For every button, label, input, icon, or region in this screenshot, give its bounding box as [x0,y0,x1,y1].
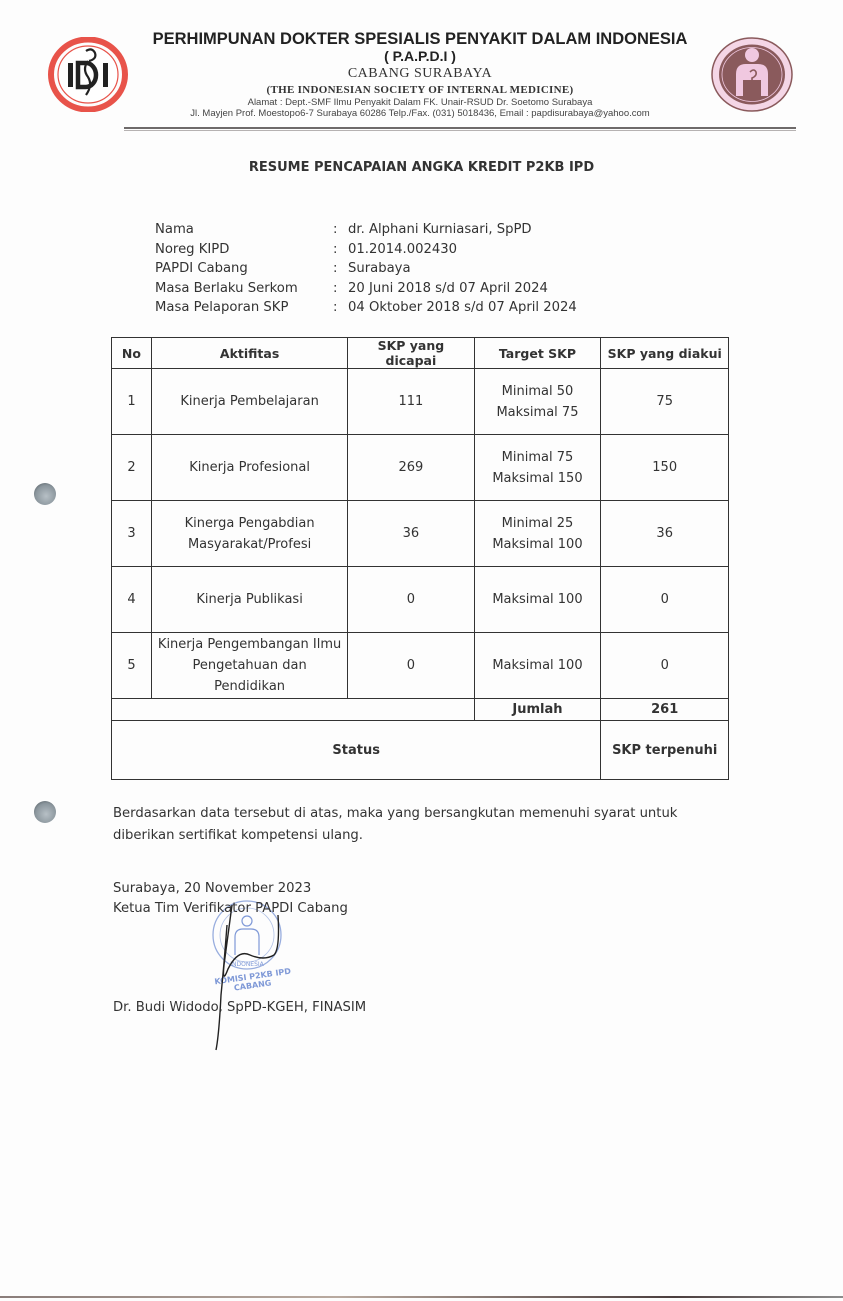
org-english-name: (THE INDONESIAN SOCIETY OF INTERNAL MEDI… [130,84,710,96]
col-header-target: Target SKP [474,338,601,369]
row-achieved: 0 [348,567,474,633]
target-line: Maksimal 100 [477,589,599,610]
row-achieved: 269 [348,435,474,501]
total-value: 261 [601,699,729,721]
place-date: Surabaya, 20 November 2023 [113,881,311,896]
info-value: 20 Juni 2018 s/d 07 April 2024 [348,279,548,299]
row-target: Maksimal 100 [474,633,601,699]
row-no: 3 [112,501,152,567]
row-no: 5 [112,633,152,699]
info-value: 01.2014.002430 [348,240,457,260]
info-separator: : [333,259,348,279]
info-block: Nama : dr. Alphani Kurniasari, SpPD Nore… [155,220,577,318]
status-value: SKP terpenuhi [601,721,729,780]
idi-logo-icon [48,37,128,112]
row-activity: Kinerja Profesional [151,435,347,501]
org-branch: CABANG SURABAYA [130,66,710,82]
row-recognized: 150 [601,435,729,501]
row-activity: Kinerja Pengembangan IlmuPengetahuan dan… [151,633,347,699]
info-row-reporting: Masa Pelaporan SKP : 04 Oktober 2018 s/d… [155,298,577,318]
row-target: Minimal 50Maksimal 75 [474,369,601,435]
papdi-seal-icon [710,36,794,113]
document-title: RESUME PENCAPAIAN ANGKA KREDIT P2KB IPD [0,160,843,175]
target-line: Maksimal 100 [477,534,599,555]
org-abbreviation: ( P.A.P.D.I ) [130,48,710,64]
row-target: Minimal 25Maksimal 100 [474,501,601,567]
info-label: Masa Berlaku Serkom [155,279,333,299]
info-separator: : [333,240,348,260]
row-achieved: 36 [348,501,474,567]
row-target: Minimal 75Maksimal 150 [474,435,601,501]
conclusion-paragraph: Berdasarkan data tersebut di atas, maka … [113,803,743,847]
target-line: Maksimal 100 [477,655,599,676]
row-no: 2 [112,435,152,501]
row-activity: Kinerga PengabdianMasyarakat/Profesi [151,501,347,567]
activity-line: Kinerja Profesional [154,457,345,478]
table-row: 3Kinerga PengabdianMasyarakat/Profesi36M… [112,501,729,567]
info-value: Surabaya [348,259,411,279]
letterhead-divider-thin [124,130,796,131]
info-row-name: Nama : dr. Alphani Kurniasari, SpPD [155,220,577,240]
letterhead-divider [124,127,796,129]
info-label: PAPDI Cabang [155,259,333,279]
row-no: 1 [112,369,152,435]
activity-line: Kinerja Publikasi [154,589,345,610]
table-total-row: Jumlah 261 [112,699,729,721]
info-value: 04 Oktober 2018 s/d 07 April 2024 [348,298,577,318]
activity-line: Kinerja Pembelajaran [154,391,345,412]
info-separator: : [333,298,348,318]
activity-line: Kinerga Pengabdian [154,513,345,534]
info-label: Noreg KIPD [155,240,333,260]
col-header-recognized: SKP yang diakui [601,338,729,369]
target-line: Minimal 75 [477,447,599,468]
col-header-achieved: SKP yang dicapai [348,338,474,369]
org-address-line2: Jl. Mayjen Prof. Moestopo6-7 Surabaya 60… [130,108,710,119]
org-name: PERHIMPUNAN DOKTER SPESIALIS PENYAKIT DA… [130,30,710,49]
col-header-no: No [112,338,152,369]
info-separator: : [333,279,348,299]
row-achieved: 111 [348,369,474,435]
activity-line: Kinerja Pengembangan Ilmu [154,634,345,655]
page-bottom-edge [0,1296,843,1298]
row-recognized: 0 [601,633,729,699]
row-recognized: 75 [601,369,729,435]
total-label: Jumlah [474,699,601,721]
row-recognized: 36 [601,501,729,567]
info-label: Masa Pelaporan SKP [155,298,333,318]
table-header-row: No Aktifitas SKP yang dicapai Target SKP… [112,338,729,369]
total-blank-cell [112,699,475,721]
info-row-serkom: Masa Berlaku Serkom : 20 Juni 2018 s/d 0… [155,279,577,299]
activity-line: Pendidikan [154,676,345,697]
table-row: 1Kinerja Pembelajaran111Minimal 50Maksim… [112,369,729,435]
punch-hole-icon [34,801,56,823]
info-label: Nama [155,220,333,240]
table-row: 2Kinerja Profesional269Minimal 75Maksima… [112,435,729,501]
org-address-line1: Alamat : Dept.-SMF Ilmu Penyakit Dalam F… [130,97,710,108]
info-value: dr. Alphani Kurniasari, SpPD [348,220,532,240]
row-recognized: 0 [601,567,729,633]
row-activity: Kinerja Pembelajaran [151,369,347,435]
target-line: Minimal 50 [477,381,599,402]
col-header-activity: Aktifitas [151,338,347,369]
skp-table: No Aktifitas SKP yang dicapai Target SKP… [111,337,729,780]
punch-hole-icon [34,483,56,505]
table-status-row: Status SKP terpenuhi [112,721,729,780]
status-label: Status [112,721,601,780]
target-line: Maksimal 75 [477,402,599,423]
row-activity: Kinerja Publikasi [151,567,347,633]
info-row-branch: PAPDI Cabang : Surabaya [155,259,577,279]
row-target: Maksimal 100 [474,567,601,633]
signature-icon [200,895,290,1055]
signer-name: Dr. Budi Widodo, SpPD-KGEH, FINASIM [113,1000,366,1015]
target-line: Minimal 25 [477,513,599,534]
target-line: Maksimal 150 [477,468,599,489]
info-separator: : [333,220,348,240]
row-no: 4 [112,567,152,633]
table-body: 1Kinerja Pembelajaran111Minimal 50Maksim… [112,369,729,699]
activity-line: Pengetahuan dan [154,655,345,676]
row-achieved: 0 [348,633,474,699]
activity-line: Masyarakat/Profesi [154,534,345,555]
table-row: 5Kinerja Pengembangan IlmuPengetahuan da… [112,633,729,699]
table-row: 4Kinerja Publikasi0Maksimal 1000 [112,567,729,633]
info-row-noreg: Noreg KIPD : 01.2014.002430 [155,240,577,260]
